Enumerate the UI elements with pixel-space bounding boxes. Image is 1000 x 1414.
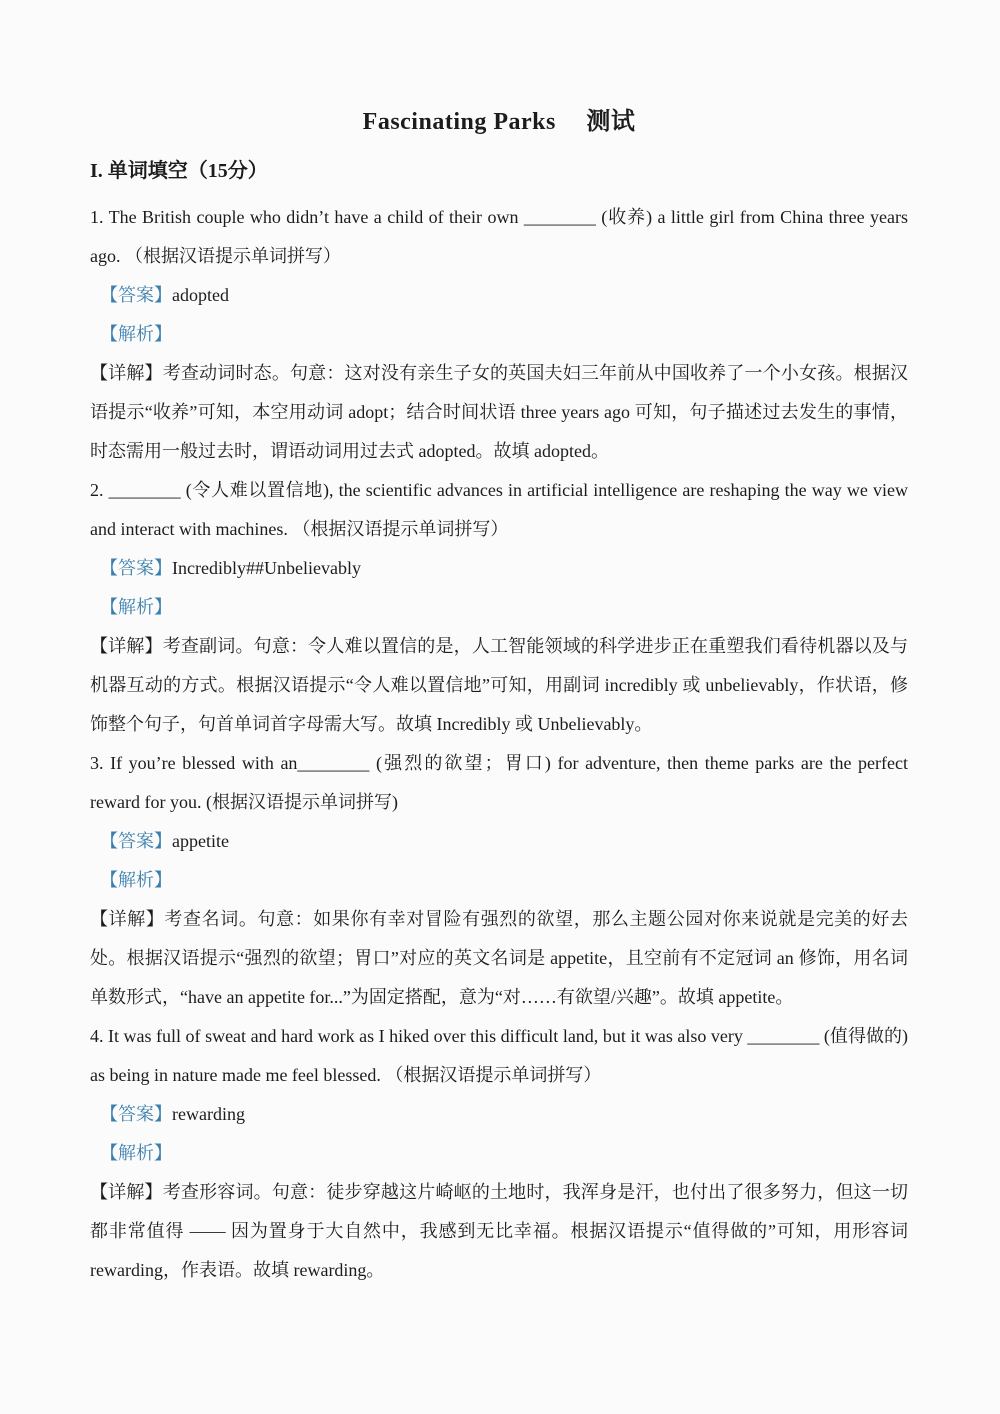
answer-line: 【答案】adopted [90,276,908,315]
analysis-line: 【解析】 [90,861,908,900]
analysis-line: 【解析】 [90,315,908,354]
analysis-label: 【解析】 [100,324,172,344]
question-text: 2. ________ (令人难以置信地), the scientific ad… [90,471,908,549]
title-chinese: 测试 [586,109,635,135]
detail-text: 【详解】考查动词时态。句意：这对没有亲生子女的英国夫妇三年前从中国收养了一个小女… [90,354,908,471]
question-block-1: 1. The British couple who didn’t have a … [90,198,908,471]
detail-text: 【详解】考查名词。句意：如果你有幸对冒险有强烈的欲望，那么主题公园对你来说就是完… [90,900,908,1017]
page-title: Fascinating Parks 测试 [90,106,908,138]
detail-text: 【详解】考查形容词。句意：徒步穿越这片崎岖的土地时，我浑身是汗，也付出了很多努力… [90,1173,908,1290]
title-english: Fascinating Parks [363,109,556,135]
answer-label: 【答案】 [100,285,172,305]
question-block-3: 3. If you’re blessed with an________ (强烈… [90,744,908,1017]
answer-label: 【答案】 [100,558,172,578]
analysis-line: 【解析】 [90,588,908,627]
answer-label: 【答案】 [100,831,172,851]
analysis-label: 【解析】 [100,597,172,617]
answer-line: 【答案】Incredibly##Unbelievably [90,549,908,588]
answer-text: rewarding [172,1104,245,1124]
section-heading: I. 单词填空（15分） [90,150,908,192]
answer-text: Incredibly##Unbelievably [172,558,361,578]
question-text: 1. The British couple who didn’t have a … [90,198,908,276]
document-page: Fascinating Parks 测试 I. 单词填空（15分） 1. The… [0,0,1000,1414]
answer-text: adopted [172,285,229,305]
question-text: 3. If you’re blessed with an________ (强烈… [90,744,908,822]
question-block-4: 4. It was full of sweat and hard work as… [90,1017,908,1290]
detail-text: 【详解】考查副词。句意：令人难以置信的是，人工智能领域的科学进步正在重塑我们看待… [90,627,908,744]
analysis-label: 【解析】 [100,1143,172,1163]
answer-label: 【答案】 [100,1104,172,1124]
answer-line: 【答案】rewarding [90,1095,908,1134]
answer-text: appetite [172,831,229,851]
analysis-line: 【解析】 [90,1134,908,1173]
question-text: 4. It was full of sweat and hard work as… [90,1017,908,1095]
answer-line: 【答案】appetite [90,822,908,861]
question-block-2: 2. ________ (令人难以置信地), the scientific ad… [90,471,908,744]
analysis-label: 【解析】 [100,870,172,890]
